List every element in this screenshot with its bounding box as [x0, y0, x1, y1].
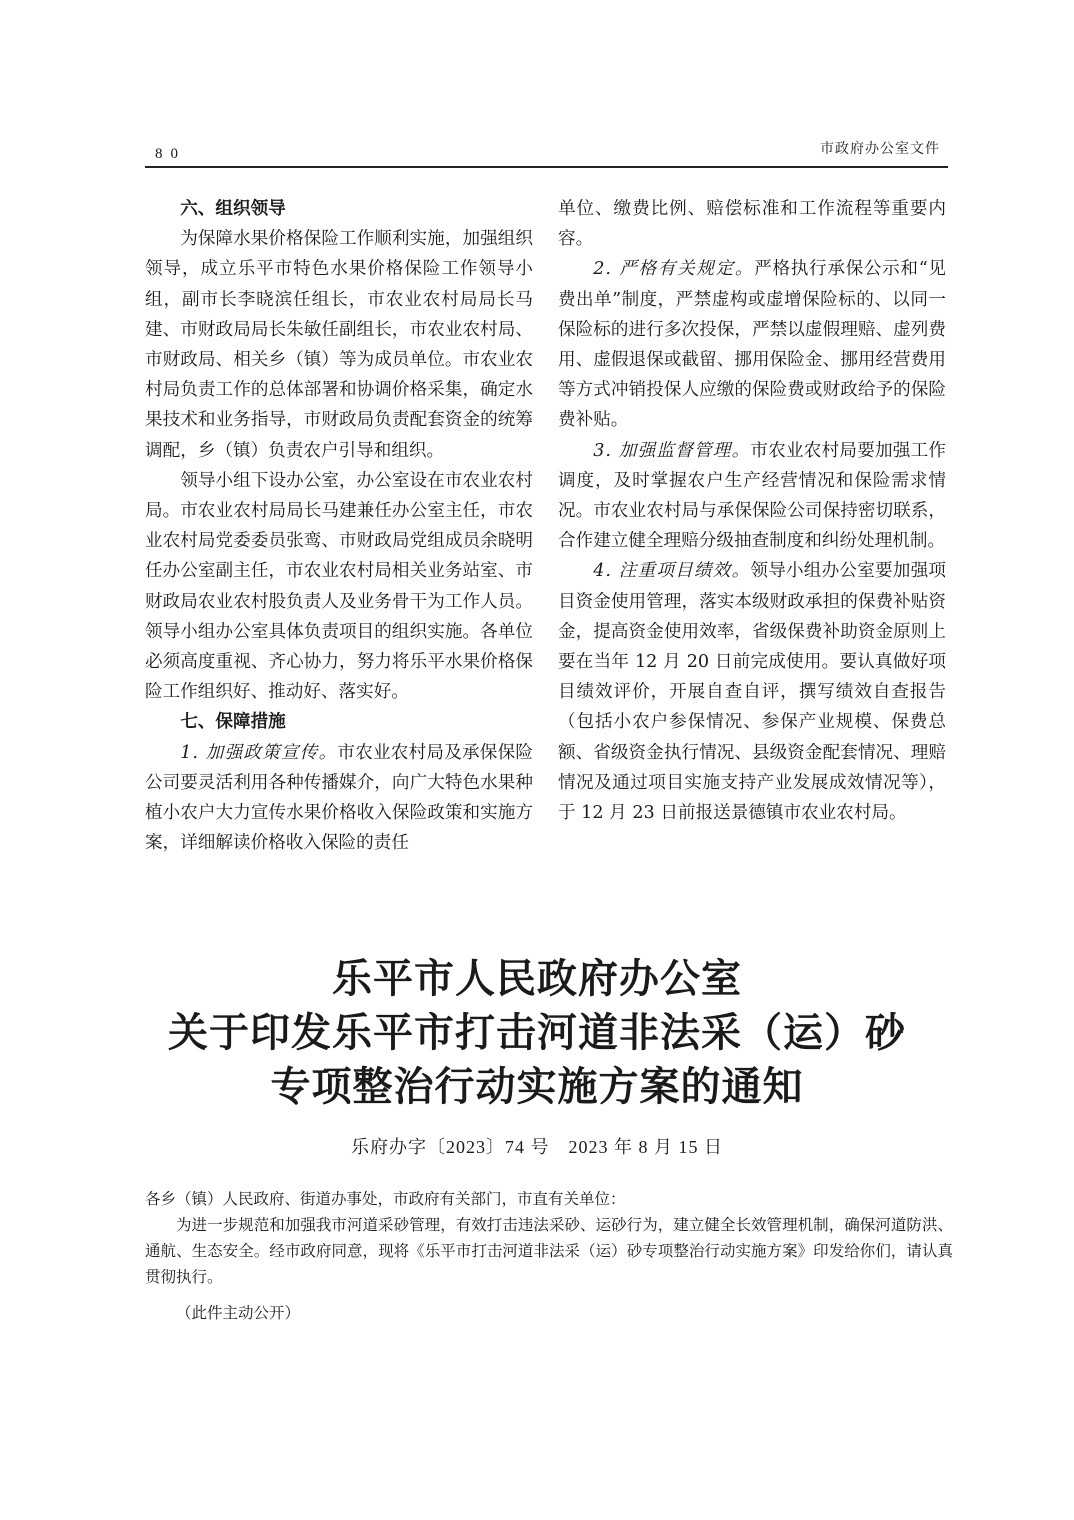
- addressees: 各乡（镇）人民政府、街道办事处，市政府有关部门，市直有关单位：: [145, 1186, 953, 1212]
- page-header: 80 市政府办公室文件: [145, 138, 948, 168]
- item-1-continuation: 单位、缴费比例、赔偿标准和工作流程等重要内容。: [558, 194, 946, 254]
- item-2-lead: 2. 严格有关规定。: [593, 259, 754, 279]
- item-1-lead: 1. 加强政策宣传。: [180, 743, 337, 763]
- left-column: 六、组织领导 为保障水果价格保险工作顺利实施，加强组织领导，成立乐平市特色水果价…: [145, 194, 533, 858]
- notice-title-line-1: 乐平市人民政府办公室: [100, 952, 974, 1006]
- item-2-paragraph: 2. 严格有关规定。严格执行承保公示和“见费出单”制度，严禁虚构或虚增保险标的、…: [558, 254, 946, 435]
- notice-body-paragraph: 为进一步规范和加强我市河道采砂管理，有效打击违法采砂、运砂行为，建立健全长效管理…: [145, 1212, 953, 1290]
- item-4-text: 领导小组办公室要加强项目资金使用管理，落实本级财政承担的保费补贴资金，提高资金使…: [558, 561, 946, 823]
- notice-body: 各乡（镇）人民政府、街道办事处，市政府有关部门，市直有关单位： 为进一步规范和加…: [145, 1186, 953, 1326]
- item-1-paragraph: 1. 加强政策宣传。市农业农村局及承保保险公司要灵活利用各种传播媒介，向广大特色…: [145, 738, 533, 859]
- section-6-paragraph-2: 领导小组下设办公室，办公室设在市农业农村局。市农业农村局局长马建兼任办公室主任，…: [145, 466, 533, 708]
- item-2-text: 严格执行承保公示和“见费出单”制度，严禁虚构或虚增保险标的、以同一保险标的进行多…: [558, 259, 946, 430]
- section-6-heading: 六、组织领导: [145, 194, 533, 224]
- document-number-date: 乐府办字〔2023〕74 号 2023 年 8 月 15 日: [0, 1133, 1074, 1159]
- item-4-paragraph: 4. 注重项目绩效。领导小组办公室要加强项目资金使用管理，落实本级财政承担的保费…: [558, 556, 946, 828]
- item-3-paragraph: 3. 加强监督管理。市农业农村局要加强工作调度，及时掌握农户生产经营情况和保险需…: [558, 436, 946, 557]
- item-3-lead: 3. 加强监督管理。: [593, 441, 750, 461]
- right-column: 单位、缴费比例、赔偿标准和工作流程等重要内容。 2. 严格有关规定。严格执行承保…: [558, 194, 946, 828]
- page-number: 80: [155, 146, 186, 163]
- section-6-paragraph-1: 为保障水果价格保险工作顺利实施，加强组织领导，成立乐平市特色水果价格保险工作领导…: [145, 224, 533, 466]
- running-title: 市政府办公室文件: [820, 138, 940, 158]
- item-4-lead: 4. 注重项目绩效。: [593, 561, 750, 581]
- notice-title-line-3: 专项整治行动实施方案的通知: [100, 1060, 974, 1114]
- section-7-heading: 七、保障措施: [145, 707, 533, 737]
- notice-title-line-2: 关于印发乐平市打击河道非法采（运）砂: [100, 1006, 974, 1060]
- notice-title: 乐平市人民政府办公室 关于印发乐平市打击河道非法采（运）砂 专项整治行动实施方案…: [100, 952, 974, 1114]
- disclosure-note: （此件主动公开）: [145, 1300, 953, 1326]
